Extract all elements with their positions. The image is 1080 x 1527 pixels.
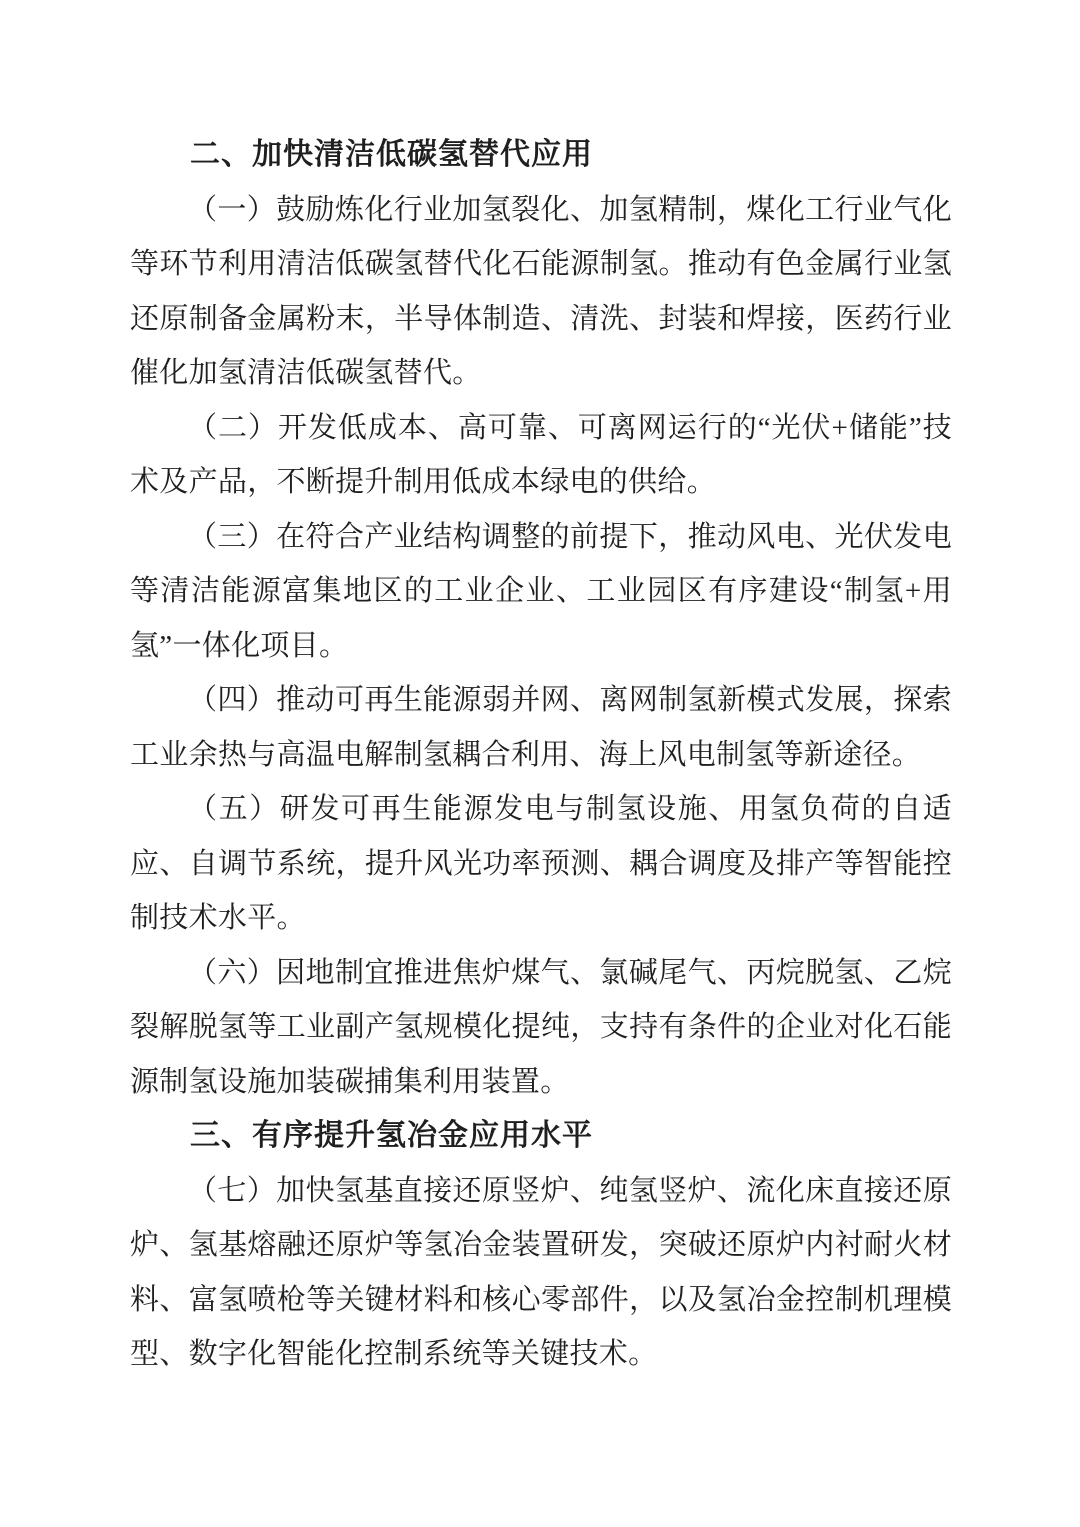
paragraph-item-4: （四）推动可再生能源弱并网、离网制氢新模式发展，探索工业余热与高温电解制氢耦合利… (130, 673, 952, 782)
section-heading-hydrogen-metallurgy: 三、有序提升氢冶金应用水平 (130, 1109, 952, 1164)
paragraph-item-3: （三）在符合产业结构调整的前提下，推动风电、光伏发电等清洁能源富集地区的工业企业… (130, 510, 952, 674)
paragraph-item-7: （七）加快氢基直接还原竖炉、纯氢竖炉、流化床直接还原炉、氢基熔融还原炉等氢冶金装… (130, 1164, 952, 1382)
document-page: 二、加快清洁低碳氢替代应用 （一）鼓励炼化行业加氢裂化、加氢精制，煤化工行业气化… (0, 0, 1080, 1527)
paragraph-item-5: （五）研发可再生能源发电与制氢设施、用氢负荷的自适应、自调节系统，提升风光功率预… (130, 782, 952, 946)
paragraph-item-1: （一）鼓励炼化行业加氢裂化、加氢精制，煤化工行业气化等环节利用清洁低碳氢替代化石… (130, 183, 952, 401)
section-heading-accelerate-clean-hydrogen-substitution: 二、加快清洁低碳氢替代应用 (130, 128, 952, 183)
paragraph-item-2: （二）开发低成本、高可靠、可离网运行的“光伏+储能”技术及产品，不断提升制用低成… (130, 401, 952, 510)
paragraph-item-6: （六）因地制宜推进焦炉煤气、氯碱尾气、丙烷脱氢、乙烷裂解脱氢等工业副产氢规模化提… (130, 946, 952, 1110)
